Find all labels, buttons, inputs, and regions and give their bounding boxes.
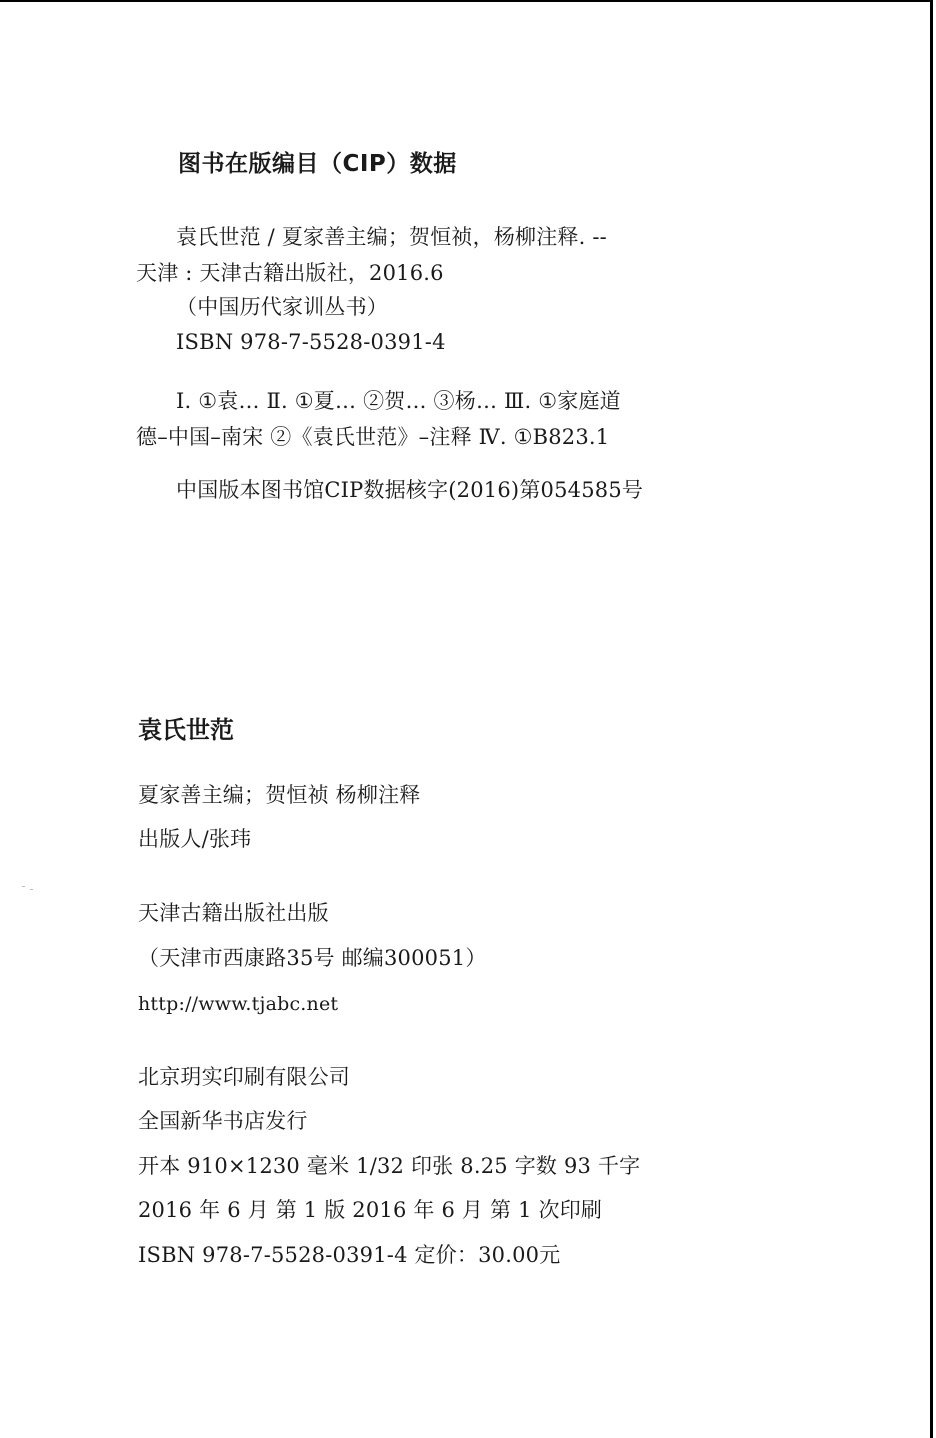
cip-subject-line-1: Ⅰ. ①袁… Ⅱ. ①夏… ②贺… ③杨… Ⅲ. ①家庭道 — [176, 388, 621, 414]
publisher-address: （天津市西康路35号 邮编300051） — [138, 945, 487, 971]
copyright-page: 图书在版编目（CIP）数据 袁氏世范 / 夏家善主编；贺恒祯，杨柳注释. -- … — [0, 0, 933, 1438]
scan-speck — [22, 886, 25, 887]
publisher-website: http://www.tjabc.net — [138, 991, 338, 1017]
book-title: 袁氏世范 — [138, 715, 234, 745]
editors: 夏家善主编；贺恒祯 杨柳注释 — [138, 782, 420, 808]
cip-isbn: ISBN 978-7-5528-0391-4 — [176, 329, 446, 355]
scan-speck — [30, 889, 33, 890]
cip-series: （中国历代家训丛书） — [176, 294, 388, 320]
format-specs: 开本 910×1230 毫米 1/32 印张 8.25 字数 93 千字 — [138, 1153, 640, 1179]
publisher: 天津古籍出版社出版 — [138, 900, 329, 926]
cip-entry-line-2: 天津 : 天津古籍出版社，2016.6 — [136, 260, 444, 286]
printer: 北京玥实印刷有限公司 — [138, 1064, 350, 1090]
cip-subject-line-2: 德–中国–南宋 ②《袁氏世范》–注释 Ⅳ. ①B823.1 — [136, 424, 609, 450]
cip-record-number: 中国版本图书馆CIP数据核字(2016)第054585号 — [176, 477, 643, 503]
cip-entry-line-1: 袁氏世范 / 夏家善主编；贺恒祯，杨柳注释. -- — [176, 224, 607, 250]
edition-info: 2016 年 6 月 第 1 版 2016 年 6 月 第 1 次印刷 — [138, 1197, 602, 1223]
cip-heading: 图书在版编目（CIP）数据 — [178, 149, 457, 179]
isbn-price: ISBN 978-7-5528-0391-4 定价：30.00元 — [138, 1242, 560, 1268]
distributor: 全国新华书店发行 — [138, 1108, 308, 1134]
publisher-person: 出版人/张玮 — [138, 826, 251, 852]
